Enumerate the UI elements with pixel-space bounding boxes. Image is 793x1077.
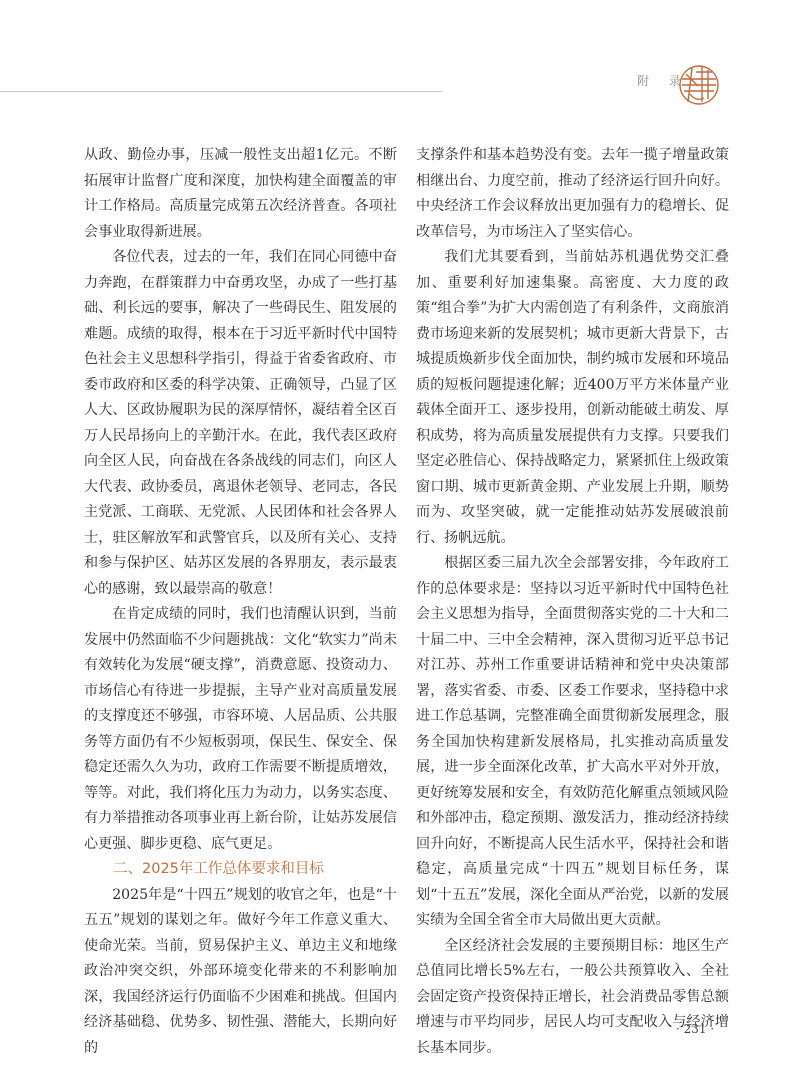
left-column: 从政、勤俭办事，压减一般性支出超1亿元。不断拓展审计监督广度和深度，加快构建全面… <box>84 143 397 1061</box>
paragraph: 支撑条件和基本趋势没有变。去年一揽子增量政策相继出台、力度空前，推动了经济运行回… <box>416 143 729 245</box>
paragraph: 2025年是“十四五”规划的收官之年，也是“十五五”规划的谋划之年。做好今年工作… <box>84 883 397 1062</box>
paragraph: 我们尤其要看到，当前姑苏机遇优势交汇叠加、重要利好加速集聚。高密度、大力度的政策… <box>416 245 729 551</box>
emblem-icon <box>678 64 720 106</box>
paragraph: 全区经济社会发展的主要预期目标：地区生产总值同比增长5%左右，一般公共预算收入、… <box>416 934 729 1062</box>
header-rule <box>0 91 442 92</box>
paragraph: 各位代表，过去的一年，我们在同心同德中奋力奔跑，在群策群力中奋勇攻坚，办成了一些… <box>84 245 397 602</box>
right-column: 支撑条件和基本趋势没有变。去年一揽子增量政策相继出台、力度空前，推动了经济运行回… <box>416 143 729 1061</box>
paragraph: 根据区委三届九次全会部署安排，今年政府工作的总体要求是：坚持以习近平新时代中国特… <box>416 551 729 934</box>
section-heading: 二、2025年工作总体要求和目标 <box>84 857 397 883</box>
paragraph: 在肯定成绩的同时，我们也清醒认识到，当前发展中仍然面临不少问题挑战：文化“软实力… <box>84 602 397 857</box>
page-number: · 231 · <box>676 1022 714 1036</box>
paragraph: 从政、勤俭办事，压减一般性支出超1亿元。不断拓展审计监督广度和深度，加快构建全面… <box>84 143 397 245</box>
